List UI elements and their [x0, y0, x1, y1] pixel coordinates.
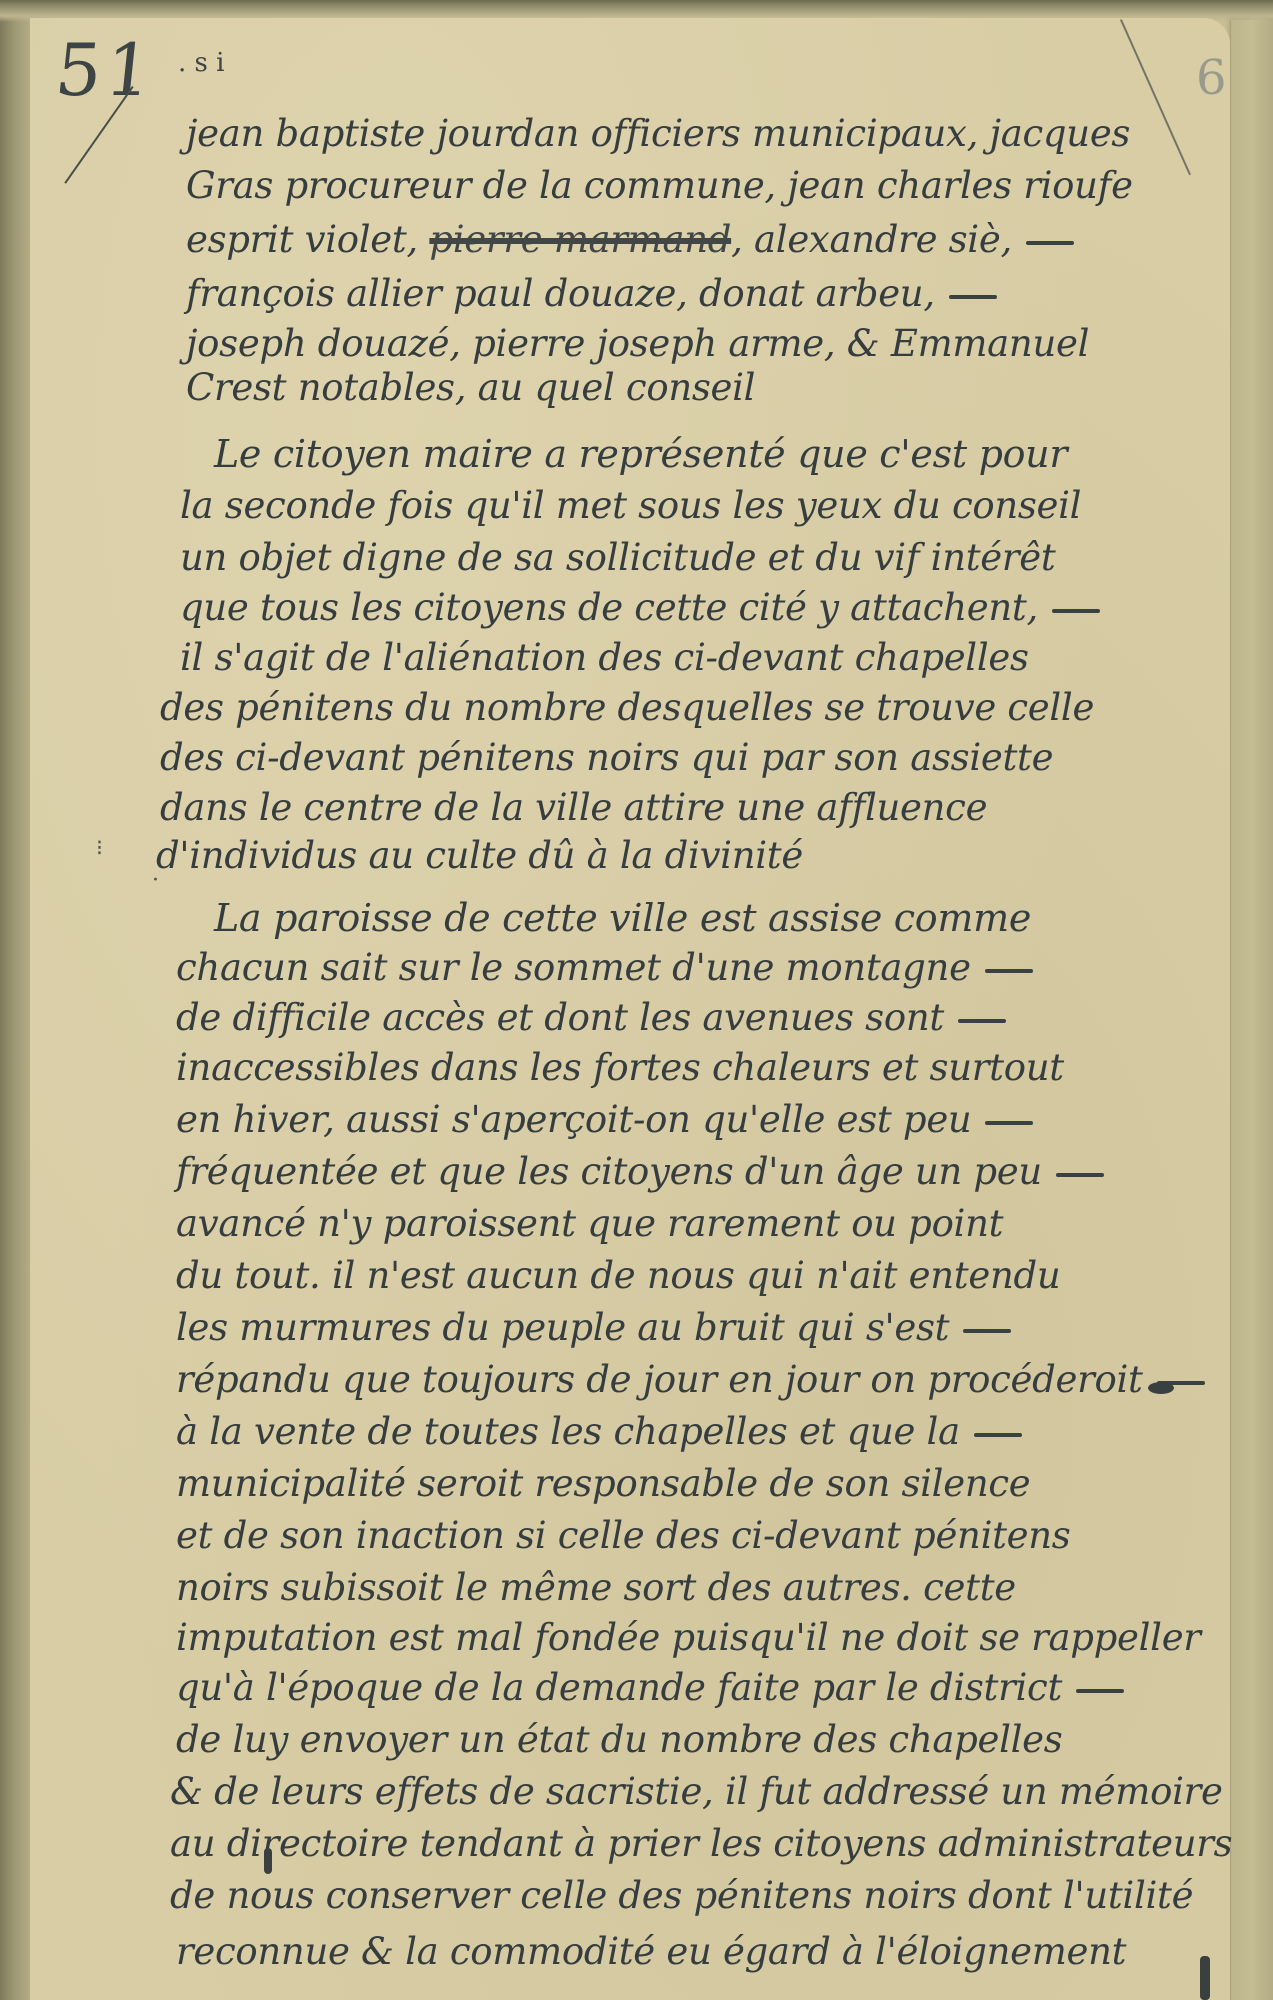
line-text: fréquentée et que les citoyens d'un âge … — [176, 1150, 1042, 1193]
text-line: qu'à l'époque de la demande faite par le… — [176, 1666, 1124, 1709]
text-line: Crest notables, au quel conseil — [186, 366, 755, 409]
text-line: en hiver, aussi s'aperçoit-on qu'elle es… — [176, 1098, 1033, 1141]
line-text: inaccessibles dans les fortes chaleurs e… — [176, 1046, 1064, 1089]
line-filler-dash — [985, 1121, 1033, 1125]
line-text: de difficile accès et dont les avenues s… — [176, 996, 944, 1039]
line-filler-dash — [1056, 1173, 1104, 1177]
line-text: que tous les citoyens de cette cité y at… — [180, 586, 1038, 629]
text-line: françois allier paul douaze, donat arbeu… — [186, 272, 997, 315]
line-text: un objet digne de sa sollicitude et du v… — [180, 536, 1055, 579]
line-text: chacun sait sur le sommet d'une montagne — [176, 946, 971, 989]
text-line: des pénitens du nombre desquelles se tro… — [160, 686, 1094, 729]
manuscript-text: jean baptiste jourdan officiers municipa… — [0, 0, 1273, 2000]
text-line: des ci-devant pénitens noirs qui par son… — [160, 736, 1053, 779]
text-line: avancé n'y paroissent que rarement ou po… — [176, 1202, 1003, 1245]
line-text: des pénitens du nombre desquelles se tro… — [160, 686, 1094, 729]
text-line: Le citoyen maire a représenté que c'est … — [214, 432, 1067, 476]
text-line: les murmures du peuple au bruit qui s'es… — [176, 1306, 1011, 1349]
line-text: dans le centre de la ville attire une af… — [160, 786, 987, 829]
line-text: à la vente de toutes les chapelles et qu… — [176, 1410, 960, 1453]
line-text: avancé n'y paroissent que rarement ou po… — [176, 1202, 1003, 1245]
line-text: noirs subissoit le même sort des autres.… — [176, 1566, 1016, 1609]
line-text: reconnue & la commodité eu égard à l'élo… — [176, 1930, 1126, 1973]
line-text: jean baptiste jourdan officiers municipa… — [186, 112, 1130, 155]
text-line: noirs subissoit le même sort des autres.… — [176, 1566, 1016, 1609]
text-line: un objet digne de sa sollicitude et du v… — [180, 536, 1055, 579]
line-text: répandu que toujours de jour en jour on … — [176, 1358, 1143, 1401]
ink-blot — [1200, 1956, 1210, 2000]
line-text: La paroisse de cette ville est assise co… — [214, 896, 1031, 940]
text-line: et de son inaction si celle des ci-devan… — [176, 1514, 1070, 1557]
line-filler-dash — [963, 1329, 1011, 1333]
text-line: de nous conserver celle des pénitens noi… — [170, 1874, 1193, 1917]
line-text: la seconde fois qu'il met sous les yeux … — [180, 484, 1081, 527]
text-line: la seconde fois qu'il met sous les yeux … — [180, 484, 1081, 527]
line-text: en hiver, aussi s'aperçoit-on qu'elle es… — [176, 1098, 971, 1141]
text-line: chacun sait sur le sommet d'une montagne — [176, 946, 1033, 989]
line-text: Crest notables, au quel conseil — [186, 366, 755, 409]
line-text: & de leurs effets de sacristie, il fut a… — [170, 1770, 1223, 1813]
line-filler-dash — [974, 1433, 1022, 1437]
line-text: esprit violet, — [186, 218, 418, 261]
ink-blot — [264, 1848, 272, 1874]
line-text: d'individus au culte dû à la divinité — [156, 834, 803, 877]
line-text: des ci-devant pénitens noirs qui par son… — [160, 736, 1053, 779]
line-text: du tout. il n'est aucun de nous qui n'ai… — [176, 1254, 1060, 1297]
line-text: et de son inaction si celle des ci-devan… — [176, 1514, 1070, 1557]
text-line: joseph douazé, pierre joseph arme, & Emm… — [186, 322, 1089, 365]
text-line: il s'agit de l'aliénation des ci-devant … — [180, 636, 1029, 679]
text-line: esprit violet, pierre marmand, alexandre… — [186, 218, 1074, 261]
text-line: dans le centre de la ville attire une af… — [160, 786, 987, 829]
text-line: La paroisse de cette ville est assise co… — [214, 896, 1031, 940]
line-filler-dash — [1052, 609, 1100, 613]
text-line: inaccessibles dans les fortes chaleurs e… — [176, 1046, 1064, 1089]
line-text: il s'agit de l'aliénation des ci-devant … — [180, 636, 1029, 679]
text-line: d'individus au culte dû à la divinité — [156, 834, 803, 877]
text-line: & de leurs effets de sacristie, il fut a… — [170, 1770, 1223, 1813]
line-text: de nous conserver celle des pénitens noi… — [170, 1874, 1193, 1917]
margin-stray-mark: ⁝ — [96, 836, 103, 861]
line-text: françois allier paul douaze, donat arbeu… — [186, 272, 935, 315]
text-line: du tout. il n'est aucun de nous qui n'ai… — [176, 1254, 1060, 1297]
line-text: municipalité seroit responsable de son s… — [176, 1462, 1030, 1505]
text-line: de luy envoyer un état du nombre des cha… — [176, 1718, 1062, 1761]
line-text: Le citoyen maire a représenté que c'est … — [214, 432, 1067, 476]
text-line: que tous les citoyens de cette cité y at… — [180, 586, 1100, 629]
text-line: au directoire tendant à prier les citoye… — [170, 1822, 1232, 1865]
line-text: de luy envoyer un état du nombre des cha… — [176, 1718, 1062, 1761]
line-text: imputation est mal fondée puisqu'il ne d… — [176, 1616, 1201, 1659]
ink-blot — [1148, 1382, 1174, 1394]
text-line: municipalité seroit responsable de son s… — [176, 1462, 1030, 1505]
text-line: Gras procureur de la commune, jean charl… — [186, 164, 1133, 207]
line-filler-dash — [1076, 1689, 1124, 1693]
margin-stray-mark: · — [152, 868, 159, 893]
line-filler-dash — [949, 295, 997, 299]
struck-text: pierre marmand — [429, 218, 731, 261]
text-line: à la vente de toutes les chapelles et qu… — [176, 1410, 1022, 1453]
line-text: qu'à l'époque de la demande faite par le… — [176, 1666, 1062, 1709]
text-line: jean baptiste jourdan officiers municipa… — [186, 112, 1130, 155]
line-filler-dash — [985, 969, 1033, 973]
text-line: imputation est mal fondée puisqu'il ne d… — [176, 1616, 1201, 1659]
text-line: reconnue & la commodité eu égard à l'élo… — [176, 1930, 1126, 1973]
text-line: de difficile accès et dont les avenues s… — [176, 996, 1006, 1039]
line-text: , alexandre siè, — [731, 218, 1012, 261]
text-line: fréquentée et que les citoyens d'un âge … — [176, 1150, 1104, 1193]
line-text: les murmures du peuple au bruit qui s'es… — [176, 1306, 949, 1349]
line-filler-dash — [958, 1019, 1006, 1023]
line-text: au directoire tendant à prier les citoye… — [170, 1822, 1232, 1865]
text-line: répandu que toujours de jour en jour on … — [176, 1358, 1205, 1401]
line-text: joseph douazé, pierre joseph arme, & Emm… — [186, 322, 1089, 365]
line-text: Gras procureur de la commune, jean charl… — [186, 164, 1133, 207]
line-filler-dash — [1026, 241, 1074, 245]
